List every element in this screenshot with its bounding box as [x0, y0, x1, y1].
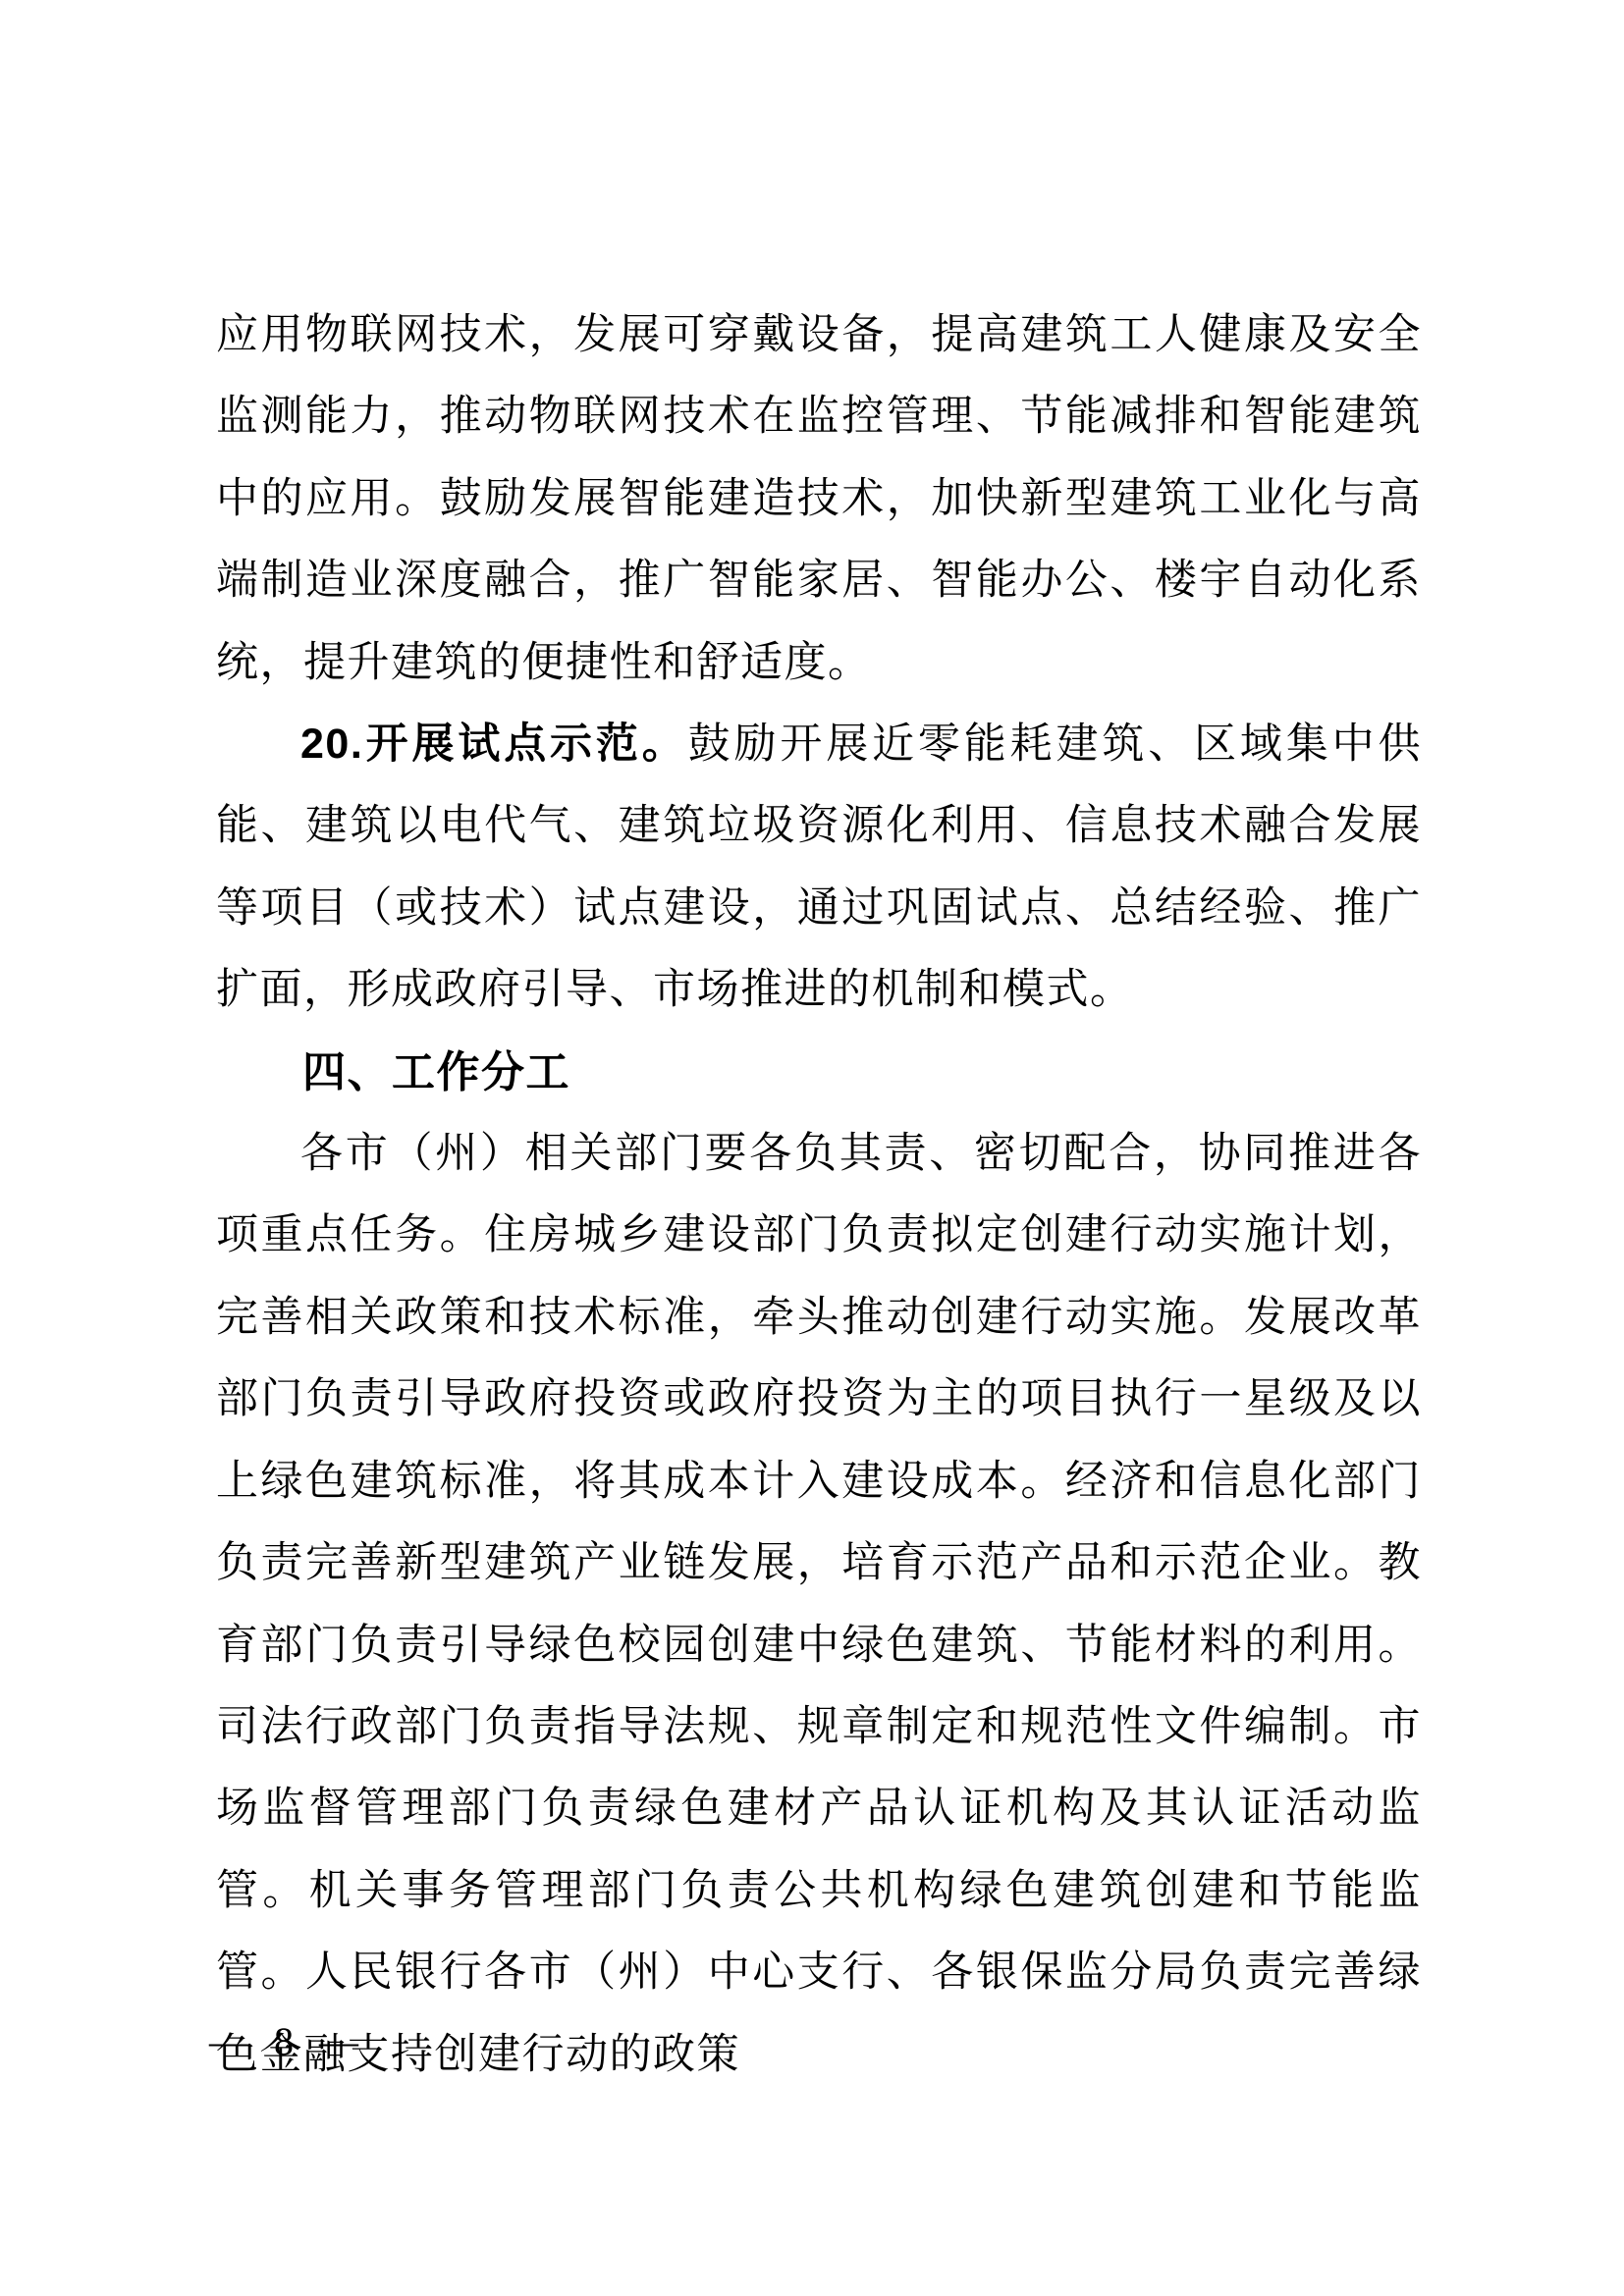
item-20-paragraph: 20.开展试点示范。鼓励开展近零能耗建筑、区域集中供能、建筑以电代气、建筑垃圾资… [216, 704, 1422, 1032]
paragraph-continuation: 应用物联网技术，发展可穿戴设备，提高建筑工人健康及安全监测能力，推动物联网技术在… [216, 294, 1422, 704]
page-number: — 8 — [209, 2019, 366, 2063]
division-paragraph: 各市（州）相关部门要各负其责、密切配合，协同推进各项重点任务。住房城乡建设部门负… [216, 1113, 1422, 2096]
item-20-lead: 20.开展试点示范。 [300, 721, 688, 768]
document-page: 应用物联网技术，发展可穿戴设备，提高建筑工人健康及安全监测能力，推动物联网技术在… [0, 0, 1624, 2296]
page-footer: — 8 — [209, 2014, 366, 2069]
document-body: 应用物联网技术，发展可穿戴设备，提高建筑工人健康及安全监测能力，推动物联网技术在… [216, 294, 1422, 2096]
section-heading: 四、工作分工 [216, 1032, 1422, 1113]
